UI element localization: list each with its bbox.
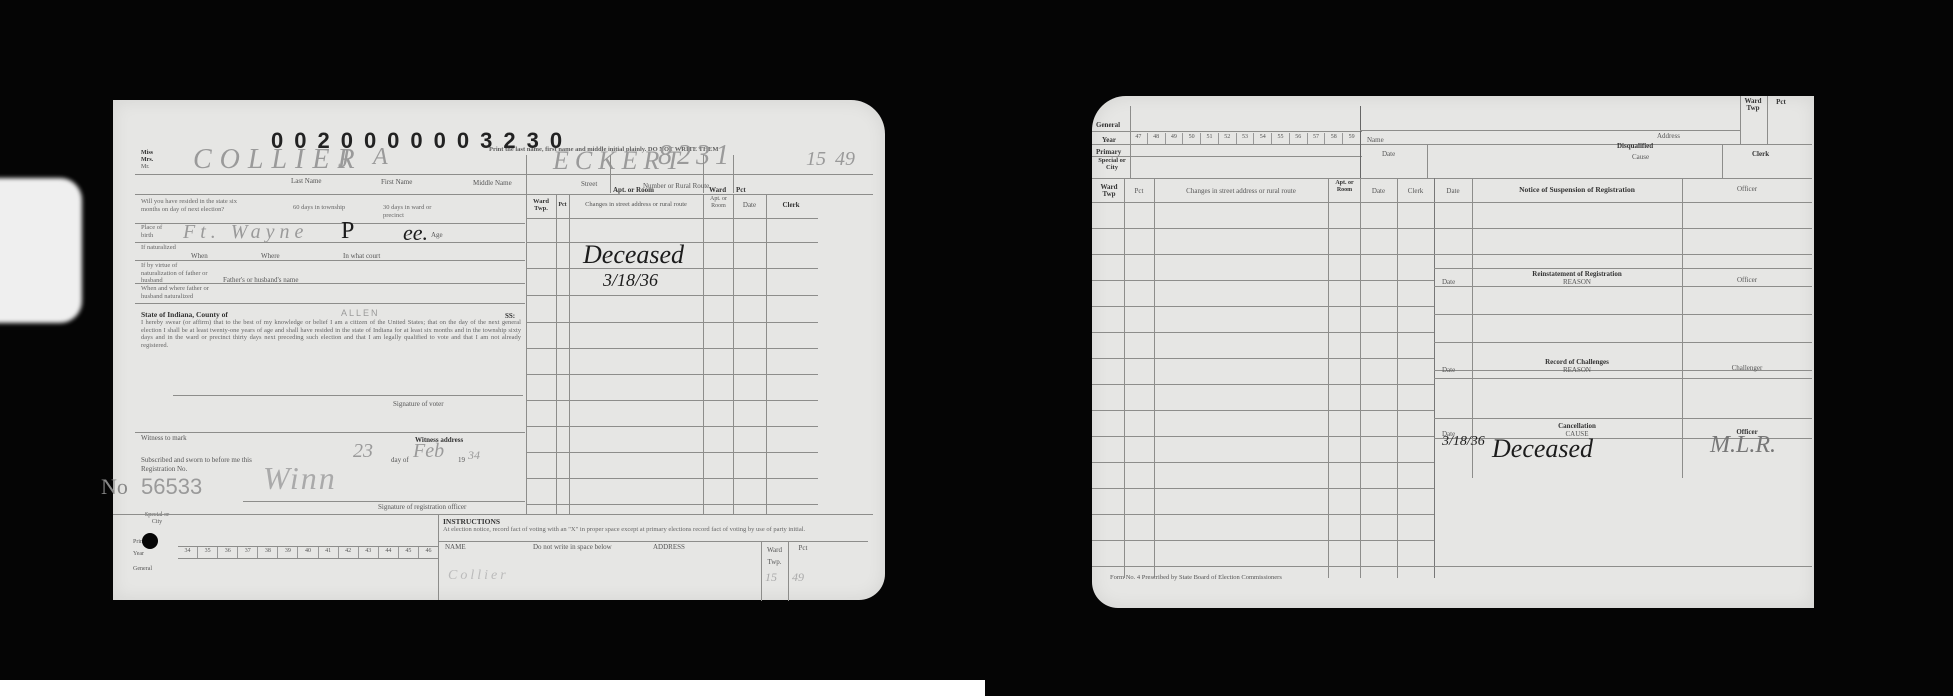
form-footer: Form No. 4 Prescribed by State Board of … [1110, 574, 1282, 582]
officer-signature-scrawl: Winn [263, 460, 337, 497]
back-disqualified-label: Disqualified [1617, 142, 1653, 150]
front-col-ward-twp: Ward Twp. [527, 198, 555, 212]
salutation-mr: Mr. [141, 164, 150, 170]
front-col-changes: Changes in street address or rural route [569, 201, 703, 209]
back-address-label: Address [1657, 132, 1680, 140]
instr-name-value: Collier [448, 568, 509, 584]
subscribed-label: Subscribed and sworn to before me this [141, 456, 252, 464]
cancellation-title: Cancellation [1472, 422, 1682, 430]
back-name-label: Name [1367, 136, 1384, 144]
birth-month-value: P [341, 218, 354, 245]
oath-text: I hereby swear (or affirm) that to the b… [141, 319, 521, 349]
year-prefix: 19 [458, 456, 465, 464]
label-last-name: Last Name [291, 177, 322, 185]
front-years-row: 34 35 36 37 38 39 40 41 42 43 44 45 46 [178, 547, 438, 558]
back-date-label: Date [1382, 150, 1395, 158]
salutation-miss: Miss [141, 150, 153, 156]
back-grid-primary: Primary [1096, 148, 1121, 156]
back-grid-special: Special or City [1096, 158, 1128, 171]
back-pct-label: Pct [1768, 98, 1794, 106]
birth-label: Place of birth [141, 224, 171, 239]
back-grid-year: Year [1102, 136, 1116, 144]
oath-month-value: Feb [413, 440, 444, 463]
scan-border-strip [0, 680, 985, 696]
number-value: 8231 [658, 140, 734, 172]
label-first-name: First Name [381, 178, 412, 186]
instr-ward-twp: Ward Twp. [761, 544, 788, 568]
oath-state-label: State of Indiana, County of [141, 311, 228, 319]
number-symbol: No [101, 474, 128, 500]
front-deceased-date: 3/18/36 [603, 270, 658, 291]
challenges-col-date: Date [1442, 366, 1455, 374]
reinstatement-col-officer: Officer [1682, 276, 1812, 284]
q-state-residence: Will you have resided in the state six m… [141, 198, 251, 213]
cancellation-cause-value: Deceased [1492, 434, 1593, 464]
back-clerk-label: Clerk [1752, 150, 1769, 158]
suspension-col-officer: Officer [1682, 185, 1812, 193]
age-label: Age [431, 231, 443, 239]
scan-artifact-blur [0, 178, 82, 323]
front-deceased-note: Deceased [583, 240, 684, 270]
back-col-apt: Apt. or Room [1329, 180, 1360, 193]
instructions-text: At election notice, record fact of votin… [443, 526, 863, 534]
registration-card-front: 0020000003230 Print the last name, first… [113, 100, 885, 600]
day-of-label: day of [391, 456, 409, 464]
when-where-label: When and where father or husband natural… [141, 285, 221, 300]
instr-ward-value: 15 [765, 570, 777, 585]
ward-value: 15 [806, 148, 826, 171]
oath-year-value: 34 [468, 448, 480, 463]
back-ward-twp-label: Ward Twp [1740, 98, 1766, 112]
front-col-clerk: Clerk [766, 201, 816, 209]
front-col-date: Date [733, 201, 766, 209]
voter-signature-label: Signature of voter [393, 400, 444, 408]
instr-pct: Pct [788, 544, 818, 552]
grid-label-year: Year [133, 550, 144, 558]
registration-no-label: Registration No. [141, 465, 187, 473]
instr-pct-value: 49 [792, 570, 804, 585]
label-pct: Pct [736, 186, 746, 194]
oath-day-value: 23 [353, 440, 373, 463]
pct-value: 49 [835, 148, 855, 171]
challenges-col-reason: REASON [1472, 366, 1682, 374]
naturalized-where: Where [261, 252, 280, 260]
label-middle-name: Middle Name [473, 179, 512, 187]
cancellation-date-value: 3/18/36 [1442, 434, 1485, 450]
suspension-title: Notice of Suspension of Registration [1472, 186, 1682, 194]
first-name-value: J [338, 144, 350, 174]
reinstatement-title: Reinstatement of Registration [1472, 270, 1682, 278]
label-ward: Ward [709, 186, 726, 194]
registration-number: 56533 [141, 474, 202, 500]
back-col-clerk: Clerk [1397, 187, 1434, 195]
back-col-ward-twp: Ward Twp [1094, 184, 1124, 198]
back-years-row: 47 48 49 50 51 52 53 54 55 56 57 58 59 [1130, 133, 1360, 144]
instr-name-label: NAME [445, 543, 466, 551]
front-col-apt: Apt. or Room [704, 196, 733, 209]
challenges-col-challenger: Challenger [1682, 364, 1812, 372]
q-township: 60 days in township [293, 204, 353, 212]
reinstatement-col-reason: REASON [1472, 278, 1682, 286]
officer-signature-label: Signature of registration officer [378, 503, 466, 511]
front-col-pct: Pct [556, 201, 569, 209]
label-street: Street [581, 180, 597, 188]
naturalized-when: When [191, 252, 208, 260]
witness-mark-label: Witness to mark [141, 434, 187, 442]
instr-do-not-write: Do not write in space below [533, 543, 612, 551]
naturalized-court: In what court [343, 252, 380, 260]
registration-card-back: General Year Primary Special or City 47 … [1092, 96, 1814, 608]
back-col-changes: Changes in street address or rural route [1154, 187, 1328, 195]
q-ward: 30 days in ward or precinct [383, 204, 453, 219]
challenges-title: Record of Challenges [1472, 358, 1682, 366]
birth-place-value: Ft. Wayne [183, 221, 308, 244]
back-col-pct: Pct [1124, 187, 1154, 195]
label-apt: Apt. or Room [613, 186, 654, 194]
back-grid-general: General [1096, 121, 1120, 129]
instr-address-label: ADDRESS [653, 543, 685, 551]
by-virtue-label: If by virtue of naturalization of father… [141, 262, 211, 285]
middle-name-value: A [373, 144, 388, 171]
suspension-col-date: Date [1434, 187, 1472, 195]
reinstatement-col-date: Date [1442, 278, 1455, 286]
salutation-mrs: Mrs. [141, 157, 153, 163]
instructions-title: INSTRUCTIONS [443, 518, 500, 526]
punch-hole [142, 533, 158, 549]
county-value: ALLEN [341, 309, 380, 317]
cancellation-officer-value: M.L.R. [1710, 432, 1776, 459]
if-naturalized-label: If naturalized [141, 244, 181, 252]
grid-label-general: General [133, 565, 152, 573]
back-col-date: Date [1360, 187, 1397, 195]
back-cause-label: Cause [1632, 153, 1649, 161]
